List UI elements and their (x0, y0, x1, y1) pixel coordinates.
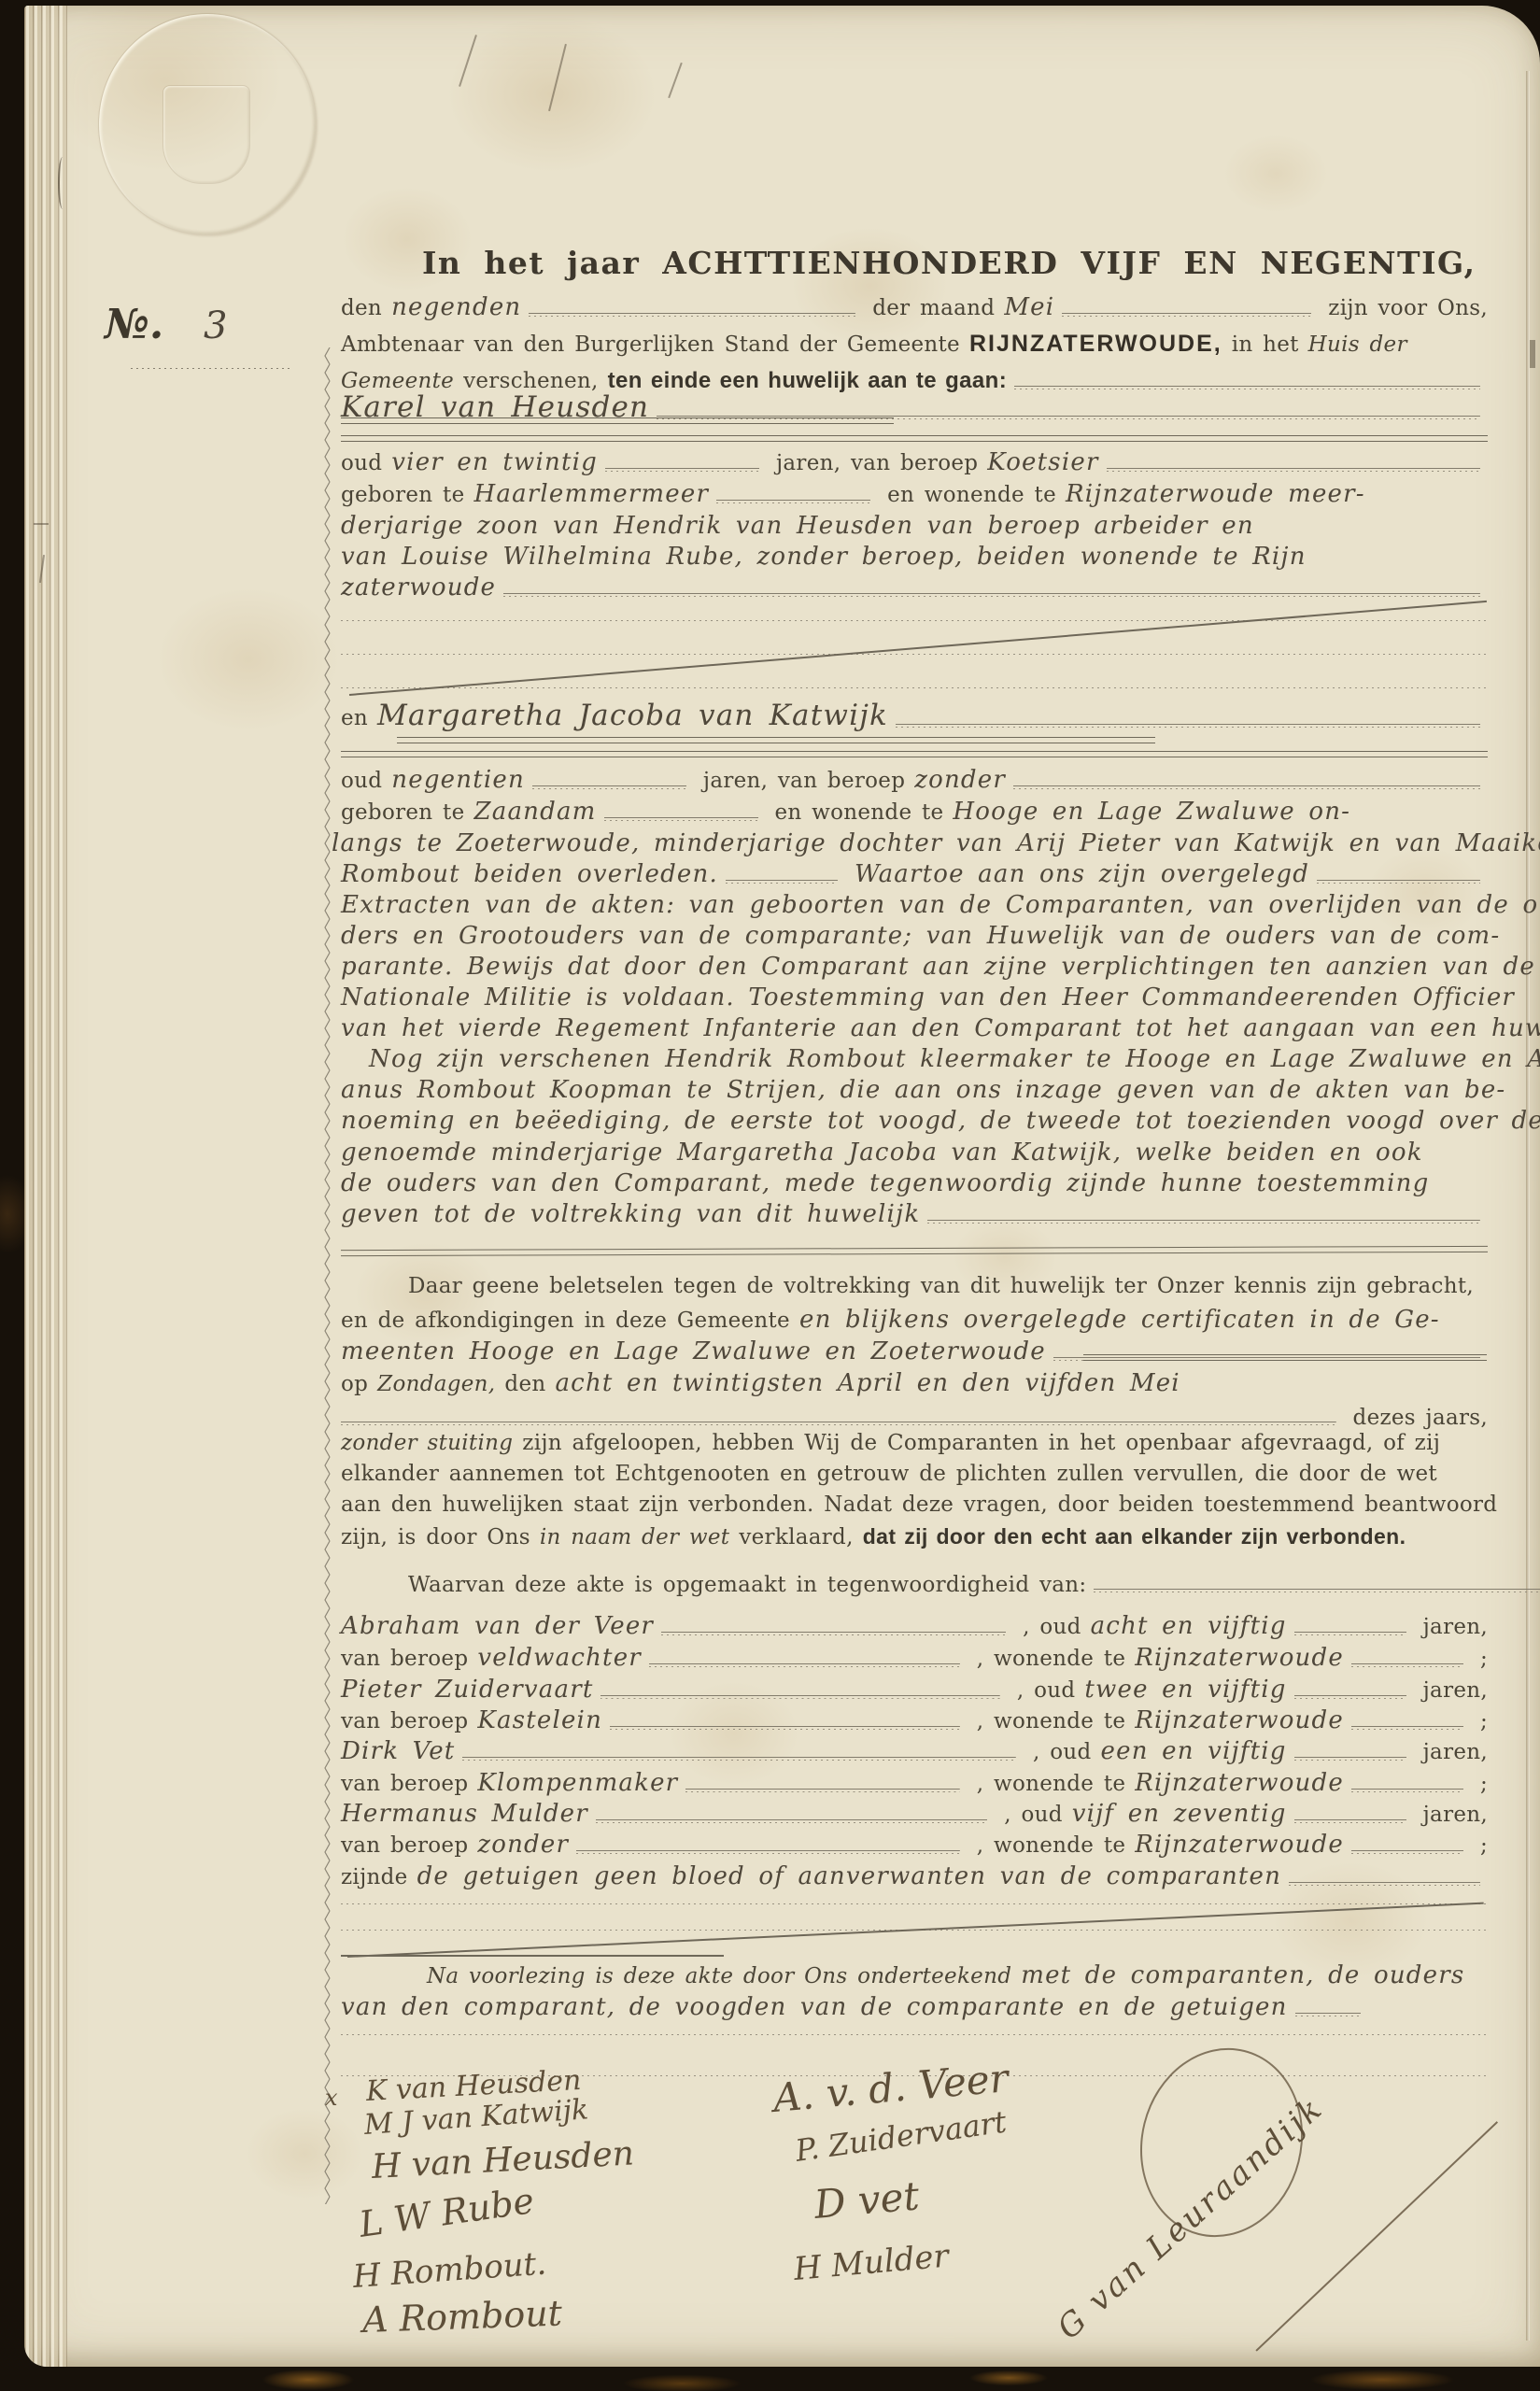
bride-residence: Hooge en Lage Zwaluwe on- (953, 798, 1350, 826)
documents-text: Extracten van de akten: van geboorten va… (341, 891, 1540, 919)
groom-residence: Rijnzaterwoude meer- (1066, 480, 1365, 508)
before-us-text: zijn voor Ons, (1328, 296, 1488, 320)
documents-text: anus Rombout Koopman te Strijen, die aan… (341, 1076, 1505, 1104)
bride-name: Margaretha Jacoba van Katwijk (377, 699, 888, 732)
line-registrar: Ambtenaar van den Burgerlijken Stand der… (341, 331, 1488, 358)
line-closing-1: Na voorlezing is deze akte door Ons onde… (341, 1961, 1540, 1989)
signature-witness-3: D vet (812, 2172, 921, 2228)
blank-rule (532, 785, 686, 789)
closing-handwritten-text: van den comparant, de voogden van de com… (341, 1993, 1288, 2021)
semicolon: ; (1480, 1709, 1488, 1733)
bride-age: negentien (391, 766, 525, 794)
witness-note-text: de getuigen geen bloed of aanverwanten v… (417, 1862, 1282, 1890)
witness-residence: Rijnzaterwoude (1135, 1706, 1344, 1734)
embossed-seal (98, 13, 317, 235)
edge-tick-mark (1530, 340, 1535, 368)
line-groom-birth: geboren te Haarlemmermeer en wonende te … (341, 480, 1488, 508)
line-completed-3: aan den huwelijken staat zijn verbonden.… (341, 1493, 1488, 1517)
line-documents-5: van het vierde Regement Infanterie aan d… (341, 1014, 1488, 1042)
line-witness-note: zijnde de getuigen geen bloed of aanverw… (341, 1862, 1488, 1890)
blank-rule (604, 817, 758, 821)
completed-text: aan den huwelijken staat zijn verbonden.… (341, 1493, 1497, 1517)
line-no-objections: Daar geene beletselen tegen de voltrekki… (341, 1274, 1540, 1298)
line-day-month: den negenden der maand Mei zijn voor Ons… (341, 293, 1488, 321)
blank-rule (1062, 313, 1311, 317)
documents-intro-text: Waartoe aan ons zijn overgelegd (855, 860, 1309, 888)
witness-occupation: zonder (477, 1831, 569, 1859)
bride-parentage-text: langs te Zoeterwoude, minderjarige docht… (332, 829, 1540, 857)
blank-rule (1351, 1789, 1463, 1792)
beroep-label: van beroep (341, 1647, 468, 1671)
line-completed-2: elkander aannemen tot Echtgenooten en ge… (341, 1462, 1488, 1486)
dotted-guide-line (341, 2034, 1488, 2035)
blank-rule (1094, 1589, 1540, 1592)
publication-dates: acht en twintigsten April en den vijfden… (555, 1369, 1180, 1397)
section-rule (341, 435, 1488, 442)
blank-rule (649, 1663, 960, 1667)
blank-rule (685, 1789, 959, 1792)
in-naam-der-wet-text: in naam der wet (540, 1525, 730, 1549)
blank-rule (610, 1726, 960, 1730)
line-documents-7: anus Rombout Koopman te Strijen, die aan… (341, 1076, 1488, 1104)
witness-name: Hermanus Mulder (341, 1800, 588, 1828)
blank-rule (927, 1220, 1480, 1224)
line-documents-8: noeming en beëediging, de eerste tot voo… (341, 1107, 1488, 1135)
groom-birthplace: Haarlemmermeer (474, 480, 710, 508)
blank-rule (726, 880, 838, 884)
declared-text: verklaard, (739, 1525, 853, 1549)
act-number-dotted-line (131, 368, 290, 369)
line-witness-1-details: van beroep veldwachter , wonende te Rijn… (341, 1644, 1488, 1672)
closing-handwritten-text: met de comparanten, de ouders (1021, 1961, 1464, 1989)
line-witness-intro: Waarvan deze akte is opgemaakt in tegenw… (341, 1573, 1540, 1597)
witness-mark-x: x (325, 2085, 338, 2111)
day-value: negenden (391, 293, 521, 321)
line-witness-4-details: van beroep zonder , wonende te Rijnzater… (341, 1831, 1488, 1859)
en-label: en (341, 706, 368, 730)
line-groom-parents-1: derjarige zoon van Hendrik van Heusden v… (341, 512, 1488, 540)
line-witness-3-details: van beroep Klompenmaker , wonende te Rij… (341, 1769, 1488, 1797)
oud-label: oud (341, 451, 382, 475)
oud-label: , oud (1023, 1615, 1081, 1639)
jaren-label: jaren, (1423, 1615, 1488, 1639)
announcements-label: en de afkondigingen in deze Gemeente (341, 1309, 790, 1333)
den-label: den (504, 1372, 545, 1396)
wonende-label: , wonende te (977, 1709, 1126, 1733)
oud-label: , oud (1017, 1678, 1076, 1703)
jaren-label: jaren, (1423, 1678, 1488, 1703)
witness-age: twee en vijftig (1084, 1676, 1286, 1704)
announcements-end-rule (1083, 1354, 1487, 1361)
photograph-background: №. 3 In het jaar ACHTTIENHONDERD VIJF EN… (0, 0, 1540, 2391)
documents-text: genoemde minderjarige Margaretha Jacoba … (341, 1139, 1423, 1167)
blank-rule (529, 313, 855, 317)
line-closing-2: van den comparant, de voogden van de com… (341, 1993, 1488, 2021)
short-rule (341, 1955, 724, 1957)
dezes-jaars-text: dezes jaars, (1353, 1406, 1488, 1430)
announcements-handwritten: meenten Hooge en Lage Zwaluwe en Zoeterw… (341, 1337, 1046, 1365)
line-groom-parents-2: van Louise Wilhelmina Rube, zonder beroe… (341, 543, 1488, 571)
completed-text: zijn afgeloopen, hebben Wij de Comparant… (522, 1431, 1440, 1455)
line-witness-4-name: Hermanus Mulder , oud vijf en zeventig j… (341, 1800, 1488, 1828)
registrar-text: Ambtenaar van den Burgerlijken Stand der… (341, 332, 960, 357)
section-rule (341, 751, 1488, 757)
wonende-te-label: en wonende te (775, 800, 944, 825)
bride-occupation: zonder (914, 766, 1006, 794)
declared-bold-text: dat zij door den echt aan elkander zijn … (863, 1524, 1406, 1549)
dotted-guide-line (341, 654, 1488, 655)
documents-text: de ouders van den Comparant, mede tegenw… (341, 1169, 1429, 1197)
book-page-edges (24, 6, 67, 2367)
witness-intro-text: Waarvan deze akte is opgemaakt in tegenw… (408, 1573, 1086, 1597)
documents-text: parante. Bewijs dat door den Comparant a… (341, 953, 1535, 981)
witness-name: Dirk Vet (341, 1737, 455, 1765)
beroep-label: van beroep (341, 1833, 468, 1858)
line-bride-parents-2: Rombout beiden overleden. Waartoe aan on… (341, 860, 1488, 888)
witness-residence: Rijnzaterwoude (1135, 1644, 1344, 1672)
blank-rule (1351, 1850, 1463, 1854)
witness-age: vijf en zeventig (1072, 1800, 1287, 1828)
in-het-text: in het (1232, 332, 1299, 357)
blank-rule (661, 1632, 1006, 1635)
line-declared: zijn, is door Ons in naam der wet verkla… (341, 1524, 1488, 1549)
zonder-stuiting-text: zonder stuiting (341, 1431, 513, 1455)
witness-age: acht en vijftig (1091, 1612, 1287, 1640)
day-label: den (341, 296, 382, 320)
line-documents-2: ders en Grootouders van de comparante; v… (341, 922, 1488, 950)
jaren-beroep-label: jaren, van beroep (703, 769, 905, 793)
blank-rule (1294, 1819, 1406, 1823)
blank-rule (1317, 880, 1480, 884)
line-announcements: en de afkondigingen in deze Gemeente en … (341, 1306, 1488, 1334)
line-documents-1: Extracten van de akten: van geboorten va… (341, 891, 1488, 919)
groom-parentage-text: van Louise Wilhelmina Rube, zonder beroe… (341, 543, 1307, 571)
line-bride-parents-1: langs te Zoeterwoude, minderjarige docht… (332, 829, 1488, 857)
blank-rule (1351, 1663, 1463, 1667)
blank-rule (462, 1757, 1016, 1761)
jaren-label: jaren, (1423, 1740, 1488, 1764)
groom-parentage-text: zaterwoude (341, 573, 496, 601)
dotted-guide-line (341, 687, 1488, 688)
line-groom-age-occupation: oud vier en twintig jaren, van beroep Ko… (341, 448, 1488, 476)
form-left-zigzag-rule (322, 347, 333, 2204)
line-dezes-jaars: dezes jaars, (341, 1406, 1488, 1430)
line-documents-4: Nationale Militie is voldaan. Toestemmin… (341, 983, 1488, 1012)
line-groom-parents-3: zaterwoude (341, 573, 1488, 601)
seal-shield (162, 85, 250, 184)
line-announcements-2: meenten Hooge en Lage Zwaluwe en Zoeterw… (341, 1337, 1488, 1365)
dotted-guide-line (341, 1903, 1488, 1904)
groom-name-underline (341, 417, 894, 424)
witness-name: Abraham van der Veer (341, 1612, 654, 1640)
month-value: Mei (1004, 293, 1054, 321)
line-documents-9: genoemde minderjarige Margaretha Jacoba … (341, 1139, 1488, 1167)
bride-birthplace: Zaandam (474, 798, 597, 826)
op-label: op (341, 1372, 368, 1396)
line-bride-name: en Margaretha Jacoba van Katwijk (341, 699, 1488, 732)
closing-printed-text: Na voorlezing is deze akte door Ons onde… (427, 1964, 1011, 1988)
jaren-label: jaren, (1423, 1803, 1488, 1827)
documents-text: van het vierde Regement Infanterie aan d… (341, 1014, 1540, 1042)
line-completed-1: zonder stuiting zijn afgeloopen, hebben … (341, 1431, 1488, 1455)
documents-text: Nationale Militie is voldaan. Toestemmin… (341, 983, 1515, 1012)
right-page-crease (1526, 71, 1530, 2341)
geboren-te-label: geboren te (341, 800, 465, 825)
documents-text: geven tot de voltrekking van dit huwelij… (341, 1200, 920, 1228)
oud-label: , oud (1004, 1803, 1063, 1827)
line-bride-birth: geboren te Zaandam en wonende te Hooge e… (341, 798, 1488, 826)
blank-rule (1294, 1632, 1406, 1635)
blank-rule (503, 593, 1480, 597)
blank-rule (1107, 468, 1480, 472)
huis-der-text: Huis der (1308, 332, 1407, 357)
line-documents-10: de ouders van den Comparant, mede tegenw… (341, 1169, 1488, 1197)
blank-rule (896, 724, 1480, 728)
wonende-te-label: en wonende te (887, 483, 1056, 507)
zijnde-label: zijnde (341, 1865, 408, 1889)
blank-rule (1294, 1757, 1406, 1761)
groom-age: vier en twintig (391, 448, 598, 476)
wonende-label: , wonende te (977, 1647, 1126, 1671)
witness-residence: Rijnzaterwoude (1135, 1831, 1344, 1859)
announcements-handwritten: en blijkens overgelegde certificaten in … (799, 1306, 1440, 1334)
oud-label: oud (341, 769, 382, 793)
blank-rule (1295, 2013, 1361, 2016)
blank-rule (1013, 785, 1480, 789)
line-witness-3-name: Dirk Vet , oud een en vijftig jaren, (341, 1737, 1488, 1765)
witness-occupation: Kastelein (477, 1706, 602, 1734)
declared-text: zijn, is door Ons (341, 1525, 530, 1549)
witness-age: een en vijftig (1101, 1737, 1287, 1765)
act-number-label: №. (105, 301, 163, 348)
wonende-label: , wonende te (977, 1772, 1126, 1796)
witness-residence: Rijnzaterwoude (1135, 1769, 1344, 1797)
act-number-value: 3 (204, 304, 227, 347)
blank-rule (1289, 1882, 1480, 1886)
line-sundays-dates: op Zondagen, den acht en twintigsten Apr… (341, 1369, 1488, 1397)
signature-guardian-2: A Rombout (361, 2293, 562, 2341)
blank-rule (341, 1422, 1336, 1425)
wonende-label: , wonende te (977, 1833, 1126, 1858)
line-documents-6: Nog zijn verschenen Hendrik Rombout klee… (341, 1045, 1516, 1073)
municipality-name: RIJNZATERWOUDE, (969, 331, 1222, 358)
blank-rule (576, 1850, 960, 1854)
no-objections-text: Daar geene beletselen tegen de voltrekki… (408, 1274, 1474, 1298)
documents-text: noeming en beëediging, de eerste tot voo… (341, 1107, 1540, 1135)
blank-rule (1294, 1695, 1406, 1699)
semicolon: ; (1480, 1772, 1488, 1796)
blank-rule (716, 500, 870, 503)
line-bride-age-occupation: oud negentien jaren, van beroep zonder (341, 766, 1488, 794)
blank-rule (600, 1695, 999, 1699)
bride-name-underline (397, 737, 1155, 743)
margin-ink-mark (58, 157, 67, 209)
groom-occupation: Koetsier (987, 448, 1098, 476)
completed-text: elkander aannemen tot Echtgenooten en ge… (341, 1462, 1437, 1486)
documents-text: ders en Grootouders van de comparante; v… (341, 922, 1500, 950)
dotted-guide-line (341, 620, 1488, 621)
margin-ink-mark (34, 523, 49, 525)
groom-parentage-text: derjarige zoon van Hendrik van Heusden v… (341, 512, 1254, 540)
blank-rule (605, 468, 759, 472)
bride-parentage-text: Rombout beiden overleden. (341, 860, 718, 888)
witness-name: Pieter Zuidervaart (341, 1676, 593, 1704)
blank-rule (1351, 1726, 1463, 1730)
witness-occupation: Klompenmaker (477, 1769, 678, 1797)
line-documents-3: parante. Bewijs dat door den Comparant a… (341, 953, 1488, 981)
line-witness-1-name: Abraham van der Veer , oud acht en vijft… (341, 1612, 1488, 1640)
jaren-beroep-label: jaren, van beroep (776, 451, 978, 475)
beroep-label: van beroep (341, 1709, 468, 1733)
blank-rule (596, 1819, 987, 1823)
documents-text: Nog zijn verschenen Hendrik Rombout klee… (369, 1045, 1540, 1073)
zondagen-label: Zondagen, (377, 1372, 495, 1396)
heading-year-line: In het jaar ACHTTIENHONDERD VIJF EN NEGE… (422, 245, 1476, 281)
semicolon: ; (1480, 1647, 1488, 1671)
oud-label: , oud (1033, 1740, 1092, 1764)
geboren-te-label: geboren te (341, 483, 465, 507)
beroep-label: van beroep (341, 1772, 468, 1796)
semicolon: ; (1480, 1833, 1488, 1858)
line-documents-11: geven tot de voltrekking van dit huwelij… (341, 1200, 1488, 1228)
month-label: der maand (872, 296, 995, 320)
line-witness-2-details: van beroep Kastelein , wonende te Rijnza… (341, 1706, 1488, 1734)
line-witness-2-name: Pieter Zuidervaart , oud twee en vijftig… (341, 1676, 1488, 1704)
witness-occupation: veldwachter (477, 1644, 642, 1672)
